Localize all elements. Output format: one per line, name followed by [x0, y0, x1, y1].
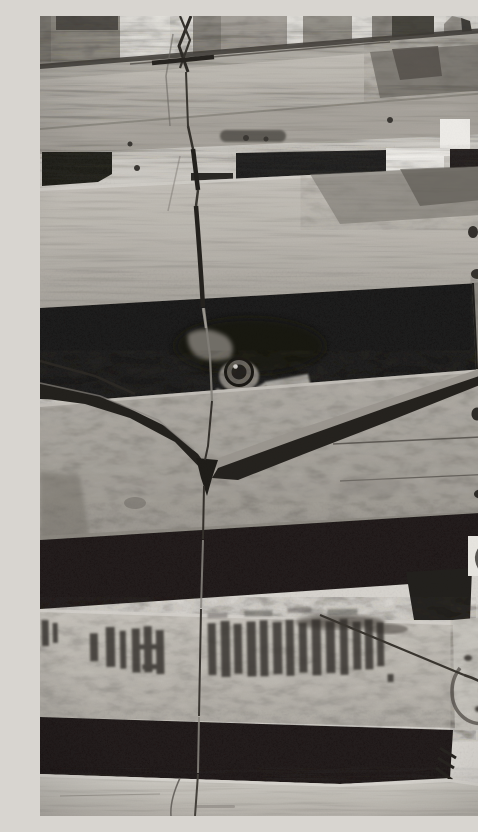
- vignette-overlay: [40, 16, 478, 816]
- photo-canvas: Black-and-white photograph of a rough wo…: [40, 16, 478, 816]
- photograph: Black-and-white photograph of a rough wo…: [40, 16, 478, 816]
